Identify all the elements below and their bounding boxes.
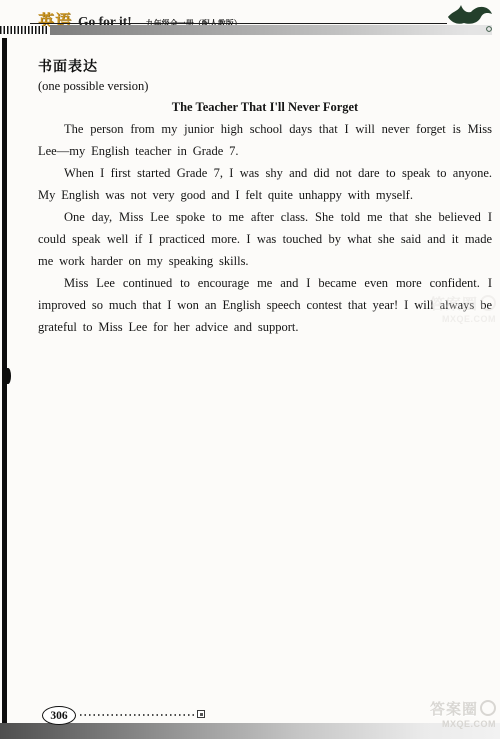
essay-paragraph: The person from my junior high school da… bbox=[38, 118, 492, 162]
watermark-site-text: MXQE.COM bbox=[430, 720, 496, 730]
version-note: (one possible version) bbox=[38, 79, 148, 94]
answer-circle-icon bbox=[480, 700, 496, 716]
essay-paragraph: Miss Lee continued to encourage me and I… bbox=[38, 272, 492, 338]
section-heading: 书面表达 bbox=[38, 56, 98, 76]
essay-body: The Teacher That I'll Never Forget The p… bbox=[38, 96, 492, 338]
page-number-badge: 306 bbox=[42, 706, 76, 725]
watermark-logo-text: 答案圈 bbox=[430, 701, 478, 718]
essay-paragraph: When I first started Grade 7, I was shy … bbox=[38, 162, 492, 206]
header-underline bbox=[30, 23, 447, 24]
footer-divider-bar bbox=[0, 723, 500, 739]
scanned-answer-page: { "header": { "brand_cn": "英语", "brand_e… bbox=[0, 0, 500, 739]
answer-circle-icon bbox=[480, 295, 496, 311]
header-divider-bar bbox=[50, 25, 492, 35]
watermark-logo-text: 答案圈 bbox=[430, 296, 478, 313]
watermark-mid: 答案圈 MXQE.COM bbox=[430, 295, 496, 324]
watermark-bottom: 答案圈 MXQE.COM bbox=[430, 700, 496, 729]
essay-title: The Teacher That I'll Never Forget bbox=[38, 96, 492, 118]
dolphin-logo-icon bbox=[446, 2, 494, 34]
page-edge-tab bbox=[7, 368, 11, 384]
barcode bbox=[0, 26, 48, 34]
essay-paragraph: One day, Miss Lee spoke to me after clas… bbox=[38, 206, 492, 272]
watermark-site-text: MXQE.COM bbox=[430, 315, 496, 325]
footer-dotted-line bbox=[80, 714, 196, 716]
footer-end-marker bbox=[197, 710, 205, 718]
